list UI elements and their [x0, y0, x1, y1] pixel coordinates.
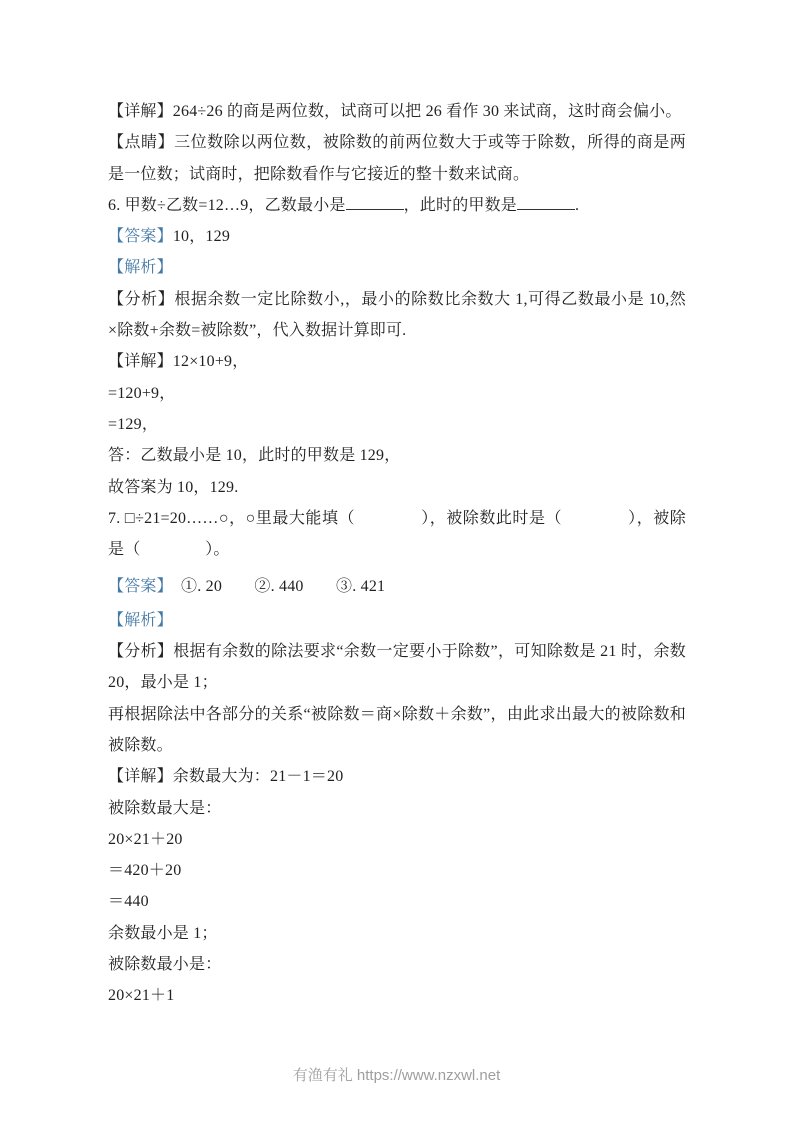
text-segment: 10，129 — [173, 228, 230, 245]
text-line: 20×21＋1 — [108, 980, 686, 1011]
text-segment: ①. 20 ②. 440 ③. 421 — [165, 578, 385, 595]
text-segment: 6. 甲数÷乙数=12…9，乙数最小是 — [108, 197, 346, 214]
section-label: 【解析】 — [108, 612, 173, 629]
text-line: 20，最小是 1； — [108, 667, 686, 698]
text-segment: ＝440 — [108, 893, 149, 910]
text-line: 被除数最小是： — [108, 949, 686, 980]
text-segment: =129， — [108, 416, 158, 433]
text-line: 被除数。 — [108, 730, 686, 761]
text-line: =129， — [108, 409, 686, 440]
text-line: 20×21＋20 — [108, 824, 686, 855]
text-line: 【解析】 — [108, 252, 686, 283]
text-segment: 【详解】12×10+9， — [108, 353, 248, 370]
text-line: 是一位数；试商时，把除数看作与它接近的整十数来试商。 — [108, 159, 686, 190]
text-line: 【解析】 — [108, 605, 686, 636]
text-segment: 【分析】根据余数一定比除数小,，最小的除数比余数大 1,可得乙数最小是 10,然… — [108, 291, 686, 315]
text-line: =120+9， — [108, 378, 686, 409]
text-segment: 【详解】264÷26 的商是两位数，试商可以把 26 看作 30 来试商，这时商… — [108, 103, 682, 120]
text-segment: ，此时的甲数是 — [404, 197, 517, 214]
document-content: 【详解】264÷26 的商是两位数，试商可以把 26 看作 30 来试商，这时商… — [108, 96, 686, 1012]
text-segment: 20×21＋20 — [108, 831, 183, 848]
text-segment: 【分析】根据有余数的除法要求“余数一定要小于除数”，可知除数是 21 时，余数最… — [108, 643, 686, 667]
text-line: 【详解】12×10+9， — [108, 346, 686, 377]
text-line: 是（ ）。 — [108, 534, 686, 565]
text-line: ＝440 — [108, 886, 686, 917]
section-label: 【答案】 — [108, 578, 165, 595]
answer-blank — [346, 196, 404, 210]
text-segment: =120+9， — [108, 385, 175, 402]
text-segment: 是（ ）。 — [108, 541, 230, 558]
text-line: 故答案为 10，129. — [108, 472, 686, 503]
text-segment: 再根据除法中各部分的关系“被除数＝商×除数＋余数”，由此求出最大的被除数和最小的 — [108, 706, 686, 730]
text-segment: 20×21＋1 — [108, 987, 174, 1004]
text-segment: 被除数最大是： — [108, 800, 221, 817]
text-segment: ×除数+余数=被除数”，代入数据计算即可. — [108, 322, 406, 339]
text-line: 余数最小是 1； — [108, 918, 686, 949]
text-segment: 是一位数；试商时，把除数看作与它接近的整十数来试商。 — [108, 166, 529, 183]
text-line: ＝420＋20 — [108, 855, 686, 886]
text-segment: . — [575, 197, 579, 214]
text-line: 7. □÷21=20……○，○里最大能填（ ），被除数此时是（ ），被除数最小 — [108, 503, 686, 534]
text-segment: 余数最小是 1； — [108, 925, 218, 942]
watermark-text: 有渔有礼 https://www.nzxwl.net — [293, 1067, 501, 1084]
text-line: 【详解】264÷26 的商是两位数，试商可以把 26 看作 30 来试商，这时商… — [108, 96, 686, 127]
text-segment: ＝420＋20 — [108, 862, 181, 879]
text-line: ×除数+余数=被除数”，代入数据计算即可. — [108, 315, 686, 346]
text-line: 【答案】10，129 — [108, 221, 686, 252]
page-footer: 有渔有礼 https://www.nzxwl.net — [0, 1066, 793, 1086]
section-label: 【答案】 — [108, 228, 173, 245]
text-segment: 【点睛】三位数除以两位数，被除数的前两位数大于或等于除数，所得的商是两位数，否则 — [108, 134, 686, 158]
text-line: 【详解】余数最大为：21－1＝20 — [108, 761, 686, 792]
text-segment: 被除数。 — [108, 737, 173, 754]
section-label: 【解析】 — [108, 259, 173, 276]
text-line: 【答案】 ①. 20 ②. 440 ③. 421 — [108, 571, 686, 602]
text-segment: 被除数最小是： — [108, 956, 221, 973]
text-line: 答：乙数最小是 10，此时的甲数是 129， — [108, 440, 686, 471]
text-line: 再根据除法中各部分的关系“被除数＝商×除数＋余数”，由此求出最大的被除数和最小的 — [108, 699, 686, 730]
text-segment: 故答案为 10，129. — [108, 479, 238, 496]
text-line: 【分析】根据余数一定比除数小,，最小的除数比余数大 1,可得乙数最小是 10,然… — [108, 284, 686, 315]
worksheet-page: 【详解】264÷26 的商是两位数，试商可以把 26 看作 30 来试商，这时商… — [0, 0, 793, 1122]
text-segment: 7. □÷21=20……○，○里最大能填（ ），被除数此时是（ ），被除数最小 — [108, 510, 686, 534]
answer-blank — [517, 196, 575, 210]
text-line: 【点睛】三位数除以两位数，被除数的前两位数大于或等于除数，所得的商是两位数，否则 — [108, 127, 686, 158]
text-segment: 答：乙数最小是 10，此时的甲数是 129， — [108, 447, 400, 464]
text-line: 【分析】根据有余数的除法要求“余数一定要小于除数”，可知除数是 21 时，余数最… — [108, 636, 686, 667]
text-segment: 【详解】余数最大为：21－1＝20 — [108, 768, 343, 785]
text-segment: 20，最小是 1； — [108, 674, 218, 691]
text-line: 6. 甲数÷乙数=12…9，乙数最小是，此时的甲数是. — [108, 190, 686, 221]
text-line: 被除数最大是： — [108, 793, 686, 824]
